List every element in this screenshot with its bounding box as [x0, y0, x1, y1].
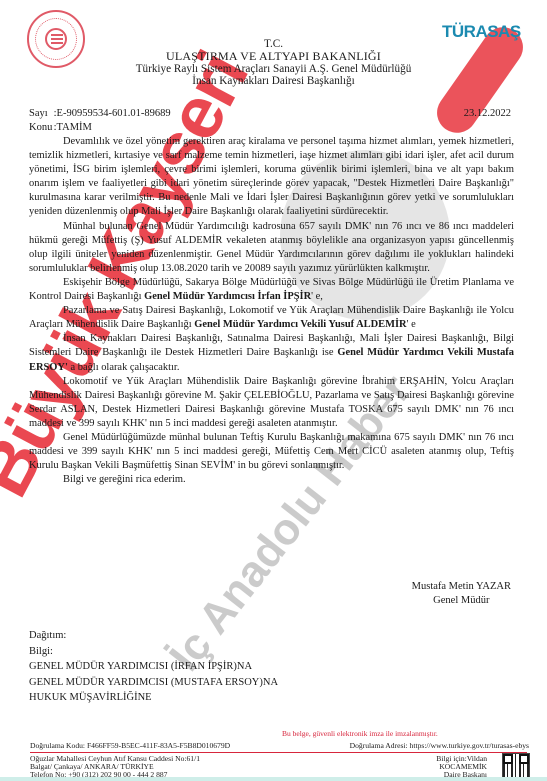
letterhead-company: Türkiye Raylı Sistem Araçları Sanayii A.…	[0, 63, 547, 76]
distribution-item: GENEL MÜDÜR YARDIMCISI (İRFAN İPŞİR)NA	[29, 659, 289, 675]
esign-note: Bu belge, güvenli elektronik imza ile im…	[282, 729, 438, 738]
paragraph-3: Eskişehir Bölge Müdürlüğü, Sakarya Bölge…	[29, 276, 514, 304]
paragraph-7: Genel Müdürlüğümüzde münhal bulunan Teft…	[29, 431, 514, 473]
document-subject: Konu :TAMİM	[29, 122, 92, 133]
paragraph-5: İnsan Kaynakları Dairesi Başkanlığı, Sat…	[29, 332, 514, 374]
konu-value: :TAMİM	[54, 122, 92, 133]
paragraph-2: Münhal bulunan Genel Müdür Yardımcılığı …	[29, 220, 514, 276]
qr-code-icon	[503, 754, 529, 778]
signature-block: Mustafa Metin YAZAR Genel Müdür	[412, 580, 511, 608]
verification-address-link[interactable]: Doğrulama Adresi: https://www.turkiye.go…	[350, 741, 529, 750]
sayi-label: Sayı	[29, 108, 51, 119]
contact-person: Bilgi için:Vildan KOCAMEMİK Daire Başkan…	[436, 755, 487, 780]
document-number: Sayı :E-90959534-601.01-89689	[29, 108, 171, 119]
document-page: Büyük Kayseri İç Anadolu Haber TÜRASAŞ T…	[0, 0, 547, 781]
distribution-item: HUKUK MÜŞAVİRLİĞİNE	[29, 690, 289, 706]
paragraph-8: Bilgi ve gereğini rica ederim.	[29, 473, 514, 487]
signer-name: Mustafa Metin YAZAR	[412, 580, 511, 594]
letterhead-ministry: ULAŞTIRMA VE ALTYAPI BAKANLIĞI	[0, 50, 547, 63]
bottom-bar	[0, 777, 547, 781]
distribution-item: GENEL MÜDÜR YARDIMCISI (MUSTAFA ERSOY)NA	[29, 675, 289, 691]
distribution-list: Dağıtım: Bilgi: GENEL MÜDÜR YARDIMCISI (…	[29, 628, 289, 706]
document-body: Devamlılık ve özel yönetim gerektiren ar…	[29, 135, 514, 487]
paragraph-1: Devamlılık ve özel yönetim gerektiren ar…	[29, 135, 514, 220]
paragraph-4: Pazarlama ve Satış Dairesi Başkanlığı, L…	[29, 304, 514, 332]
document-date: 23.12.2022	[464, 108, 511, 119]
footer-divider	[30, 752, 527, 753]
verification-code: Doğrulama Kodu: F466FF59-B5EC-411F-83A5-…	[30, 741, 230, 750]
letterhead-department: İnsan Kaynakları Dairesi Başkanlığı	[0, 75, 547, 88]
postal-address: Oğuzlar Mahallesi Ceyhun Atıf Kansu Cadd…	[30, 755, 200, 780]
sayi-value: :E-90959534-601.01-89689	[54, 108, 171, 119]
paragraph-6: Lokomotif ve Yük Araçları Mühendislik Da…	[29, 375, 514, 431]
distribution-label: Dağıtım:	[29, 628, 289, 644]
signer-title: Genel Müdür	[412, 594, 511, 608]
konu-label: Konu	[29, 122, 51, 133]
info-label: Bilgi:	[29, 644, 289, 660]
